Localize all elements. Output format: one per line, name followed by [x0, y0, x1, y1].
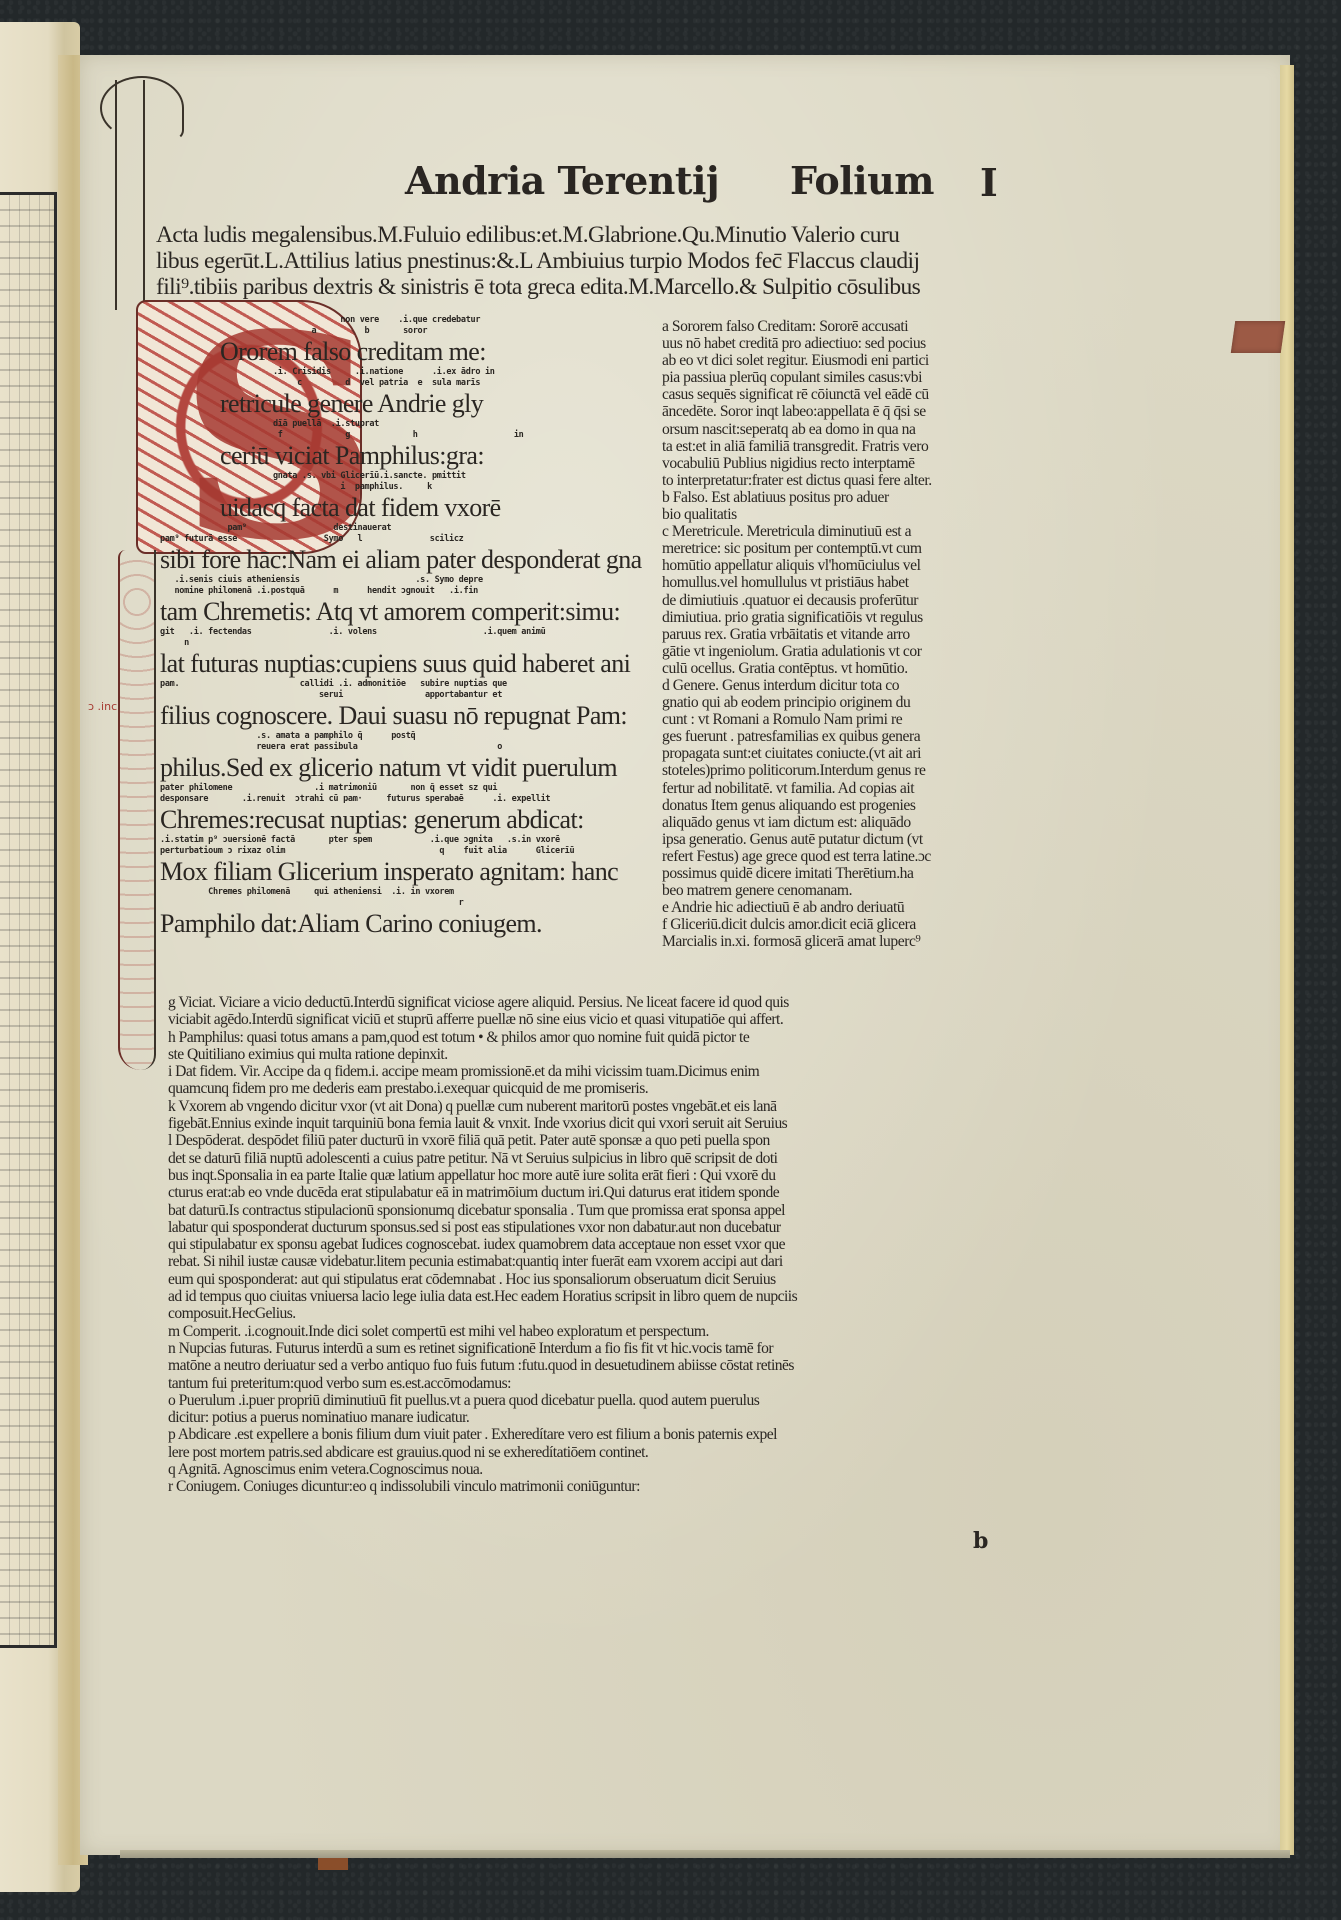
verse-block: git .i. fectendas .i. volens .i.quem ani…	[160, 627, 650, 679]
commentary-line: ta est:et in aliā familiā transgredit. F…	[662, 438, 1022, 455]
interlinear-gloss: reuera erat passibula o	[160, 742, 650, 753]
commentary-line: composuit.HecGelius.	[168, 1305, 1028, 1322]
verse-line: tam Chremetis: Atq vt amorem comperit:si…	[160, 597, 650, 627]
commentary-line: culū ocellus. Gratia contēptus. vt homūt…	[662, 660, 1022, 677]
commentary-line: lere post mortem patris.sed abdicare est…	[168, 1444, 1028, 1461]
verse-block: gnata .s. vbi Glicerīū.i.sancte. pmittit…	[220, 471, 650, 523]
verse-line: ceriū viciat Pamphilus:gra:	[220, 441, 650, 471]
verse-block: pam. callidi .i. admonitiōe subire nupti…	[160, 679, 650, 731]
commentary-line: quamcunq fidem pro me dederis eam presta…	[168, 1080, 1028, 1097]
interlinear-gloss: desponsare .i.renuit ɔtrahi cū pam· futu…	[160, 794, 650, 805]
commentary-line: l Despōderat. despōdet filiū pater ductu…	[168, 1132, 1028, 1149]
commentary-line: homūtio appellatur aliquis vl'homūciulus…	[662, 557, 1022, 574]
verse-block: .s. amata a pamphilo q̄ postq̄ reuera er…	[160, 731, 650, 783]
commentary-line: n Nupcias futuras. Futurus interdū a sum…	[168, 1340, 1028, 1357]
running-header: Andria Terentij Folium I	[405, 158, 1005, 208]
commentary-line: gnatio qui ab eodem principio originem d…	[662, 694, 1022, 711]
commentary-line: h Pamphilus: quasi totus amans a pam,quo…	[168, 1029, 1028, 1046]
commentary-line: matōne a neutro deriuatur sed a verbo an…	[168, 1357, 1028, 1374]
commentary-line: r Coniugem. Coniuges dicuntur:eo q indis…	[168, 1478, 1028, 1495]
commentary-line: bus inqt.Sponsalia in ea parte Italie qu…	[168, 1167, 1028, 1184]
commentary-line: a Sororem falso Creditam: Sororē accusat…	[662, 318, 1022, 335]
interlinear-gloss: i pamphilus. k	[220, 482, 650, 493]
commentary-line: i Dat fidem. Vir. Accipe da q fidem.i. a…	[168, 1063, 1028, 1080]
rubricated-vine-border	[118, 550, 156, 1070]
verse-block: .i. Crisidis .i.natione .i.ex ādro in c …	[220, 367, 650, 419]
intro-line: Acta ludis megalensibus.M.Fuluio edilibu…	[156, 222, 1006, 248]
commentary-line: ab eo vt dici solet regitur. Eiusmodi en…	[662, 352, 1022, 369]
interlinear-gloss: .i.senis ciuis atheniensis .s. Symo depr…	[160, 575, 650, 586]
commentary-line: vocabuliū Publius nigidius recto interpt…	[662, 455, 1022, 472]
header-title: Andria Terentij	[405, 158, 719, 203]
commentary-line: Marcialis in.xi. formosā glicerā amat lu…	[662, 933, 1022, 950]
folio-number: I	[980, 160, 997, 205]
commentary-line: e Andrie hic adiectiuū ē ab andro deriua…	[662, 899, 1022, 916]
commentary-line: labatur qui sposponderat ducturum sponsu…	[168, 1219, 1028, 1236]
verse-block: .i.statim p⁹ ɔuersionē factā pter spem .…	[160, 835, 650, 887]
commentary-line: rebat. Si nihil iustæ causæ videbatur.li…	[168, 1253, 1028, 1270]
commentary-line: bio qualitatis	[662, 506, 1022, 523]
commentary-line: ipsa generatio. Genus autē putatur dictu…	[662, 831, 1022, 848]
commentary-line: ad id tempus quo ciuitas vniuersa lacio …	[168, 1288, 1028, 1305]
commentary-line: stoteles)primo politicorum.Interdum genu…	[662, 762, 1022, 779]
commentary-line: de dimiutiuis .quatuor ei decausis profe…	[662, 592, 1022, 609]
verse-block: non vere .i.que credebatur a b soror Oro…	[220, 315, 650, 367]
intro-line: fili⁹.tibiis paribus dextris & sinistris…	[156, 274, 1006, 300]
verse-line: Pamphilo dat:Aliam Carino coniugem.	[160, 909, 650, 939]
leather-tab-marker	[1231, 321, 1285, 353]
interlinear-gloss: pam⁹ destinauerat	[160, 523, 650, 534]
commentary-line: aliquādo genus vt iam dictum est: aliquā…	[662, 814, 1022, 831]
verse-line: Mox filiam Glicerium insperato agnitam: …	[160, 857, 650, 887]
verse-block: dīā puellā .i.stuprat f g h in ceriū vic…	[220, 419, 650, 471]
intro-line: libus egerūt.L.Attilius latius pnestinus…	[156, 248, 1006, 274]
commentary-line: donatus Item genus aliquando est progeni…	[662, 797, 1022, 814]
verse-line: sibi fore hāc:Nam ei aliam pater despond…	[160, 545, 650, 575]
commentary-line: cturus erat:ab eo vnde ducēda erat stipu…	[168, 1184, 1028, 1201]
commentary-bottom-block: g Viciat. Viciare a vicio deductū.Interd…	[168, 994, 1028, 1496]
interlinear-gloss: nomine philomenā .i.postquā m hendit ɔgn…	[160, 586, 650, 597]
commentary-line: paruus rex. Gratia vrbāitatis et vitande…	[662, 626, 1022, 643]
interlinear-gloss: .i.statim p⁹ ɔuersionē factā pter spem .…	[160, 835, 650, 846]
interlinear-gloss: perturbatioum ɔ rixaz olim q fuit alia G…	[160, 846, 650, 857]
commentary-line: f Gliceriū.dicit dulcis amor.dicit eciā …	[662, 916, 1022, 933]
interlinear-gloss: r	[160, 898, 650, 909]
commentary-line: q Agnitā. Agnoscimus enim vetera.Cognosc…	[168, 1461, 1028, 1478]
commentary-right-column: a Sororem falso Creditam: Sororē accusat…	[662, 318, 1022, 950]
interlinear-gloss: c d vel patria e sula marīs	[220, 378, 650, 389]
commentary-line: o Puerulum .i.puer propriū diminutiuū fi…	[168, 1392, 1028, 1409]
interlinear-gloss: a b soror	[220, 326, 650, 337]
didascalia-intro: Acta ludis megalensibus.M.Fuluio edilibu…	[156, 222, 1006, 300]
verse-block: pater philomene .i matrimoniū non q̄ ess…	[160, 783, 650, 835]
verse-line: lat futuras nuptias:cupiens suus quid ha…	[160, 649, 650, 679]
commentary-line: beo matrem genere cenomanam.	[662, 882, 1022, 899]
commentary-line: d Genere. Genus interdum dicitur tota co	[662, 677, 1022, 694]
signature-mark: b	[973, 1528, 988, 1554]
commentary-line: eum qui sposponderat: aut qui stipulatus…	[168, 1271, 1028, 1288]
verse-line: filius cognoscere. Daui suasu nō repugna…	[160, 701, 650, 731]
commentary-line: possimus quidē dicere imitati Therētium.…	[662, 865, 1022, 882]
folium-label: Folium	[790, 158, 934, 203]
commentary-line: uus nō habet creditā pro adiectiuo: sed …	[662, 335, 1022, 352]
commentary-line: b Falso. Est ablatiuus positus pro aduer	[662, 489, 1022, 506]
commentary-line: cunt : vt Romani a Romulo Nam primi re	[662, 711, 1022, 728]
interlinear-gloss: non vere .i.que credebatur	[220, 315, 650, 326]
interlinear-gloss: pam. callidi .i. admonitiōe subire nupti…	[160, 679, 650, 690]
verse-line: philus.Sed ex glicerio natum vt vidit pu…	[160, 753, 650, 783]
commentary-line: meretrice: sic positum per contemptū.vt …	[662, 540, 1022, 557]
commentary-line: ste Quitiliano eximius qui multa ratione…	[168, 1046, 1028, 1063]
commentary-line: m Comperit. .i.cognouit.Inde dici solet …	[168, 1323, 1028, 1340]
commentary-line: gātie vt ingeniolum. Gratia adulationis …	[662, 643, 1022, 660]
interlinear-gloss: n	[160, 638, 650, 649]
commentary-line: dicitur: potius a puerus nominatiuo mana…	[168, 1409, 1028, 1426]
interlinear-gloss: .s. amata a pamphilo q̄ postq̄	[160, 731, 650, 742]
interlinear-gloss: .i. Crisidis .i.natione .i.ex ādro in	[220, 367, 650, 378]
commentary-line: g Viciat. Viciare a vicio deductū.Interd…	[168, 994, 1028, 1011]
commentary-line: k Vxorem ab vngendo dicitur vxor (vt ait…	[168, 1098, 1028, 1115]
verse-line: uidacq facta dat fidem vxorē	[220, 493, 650, 523]
page-bottom-edge	[120, 1850, 1290, 1858]
commentary-line: det se daturū filiā nuptū adolescenti a …	[168, 1150, 1028, 1167]
verse-block: pam⁹ destinauerat pam⁹ futurā esse Symo …	[160, 523, 650, 575]
commentary-line: p Abdicare .est expellere a bonis filium…	[168, 1426, 1028, 1443]
commentary-line: figebāt.Ennius exinde inquit tarquiniū b…	[168, 1115, 1028, 1132]
interlinear-gloss: serui apportabantur et	[160, 690, 650, 701]
commentary-line: to interpretatur:frater est dictus quasi…	[662, 472, 1022, 489]
commentary-line: orsum nascit:seperatq ab ea domo in qua …	[662, 421, 1022, 438]
verse-line: Chremes:recusat nuptias: generum abdicat…	[160, 805, 650, 835]
interlinear-gloss: pam⁹ futurā esse Symo l scilicz	[160, 534, 650, 545]
commentary-line: bat daturū.Is contractus stipulacionū sp…	[168, 1202, 1028, 1219]
verse-line: retricule genere Andrie gly	[220, 389, 650, 419]
commentary-line: dimiutiua. prio gratia significatiōis vt…	[662, 609, 1022, 626]
commentary-line: ges fuerunt . patresfamilias ex quibus g…	[662, 728, 1022, 745]
verse-block: Chremes philomenā qui atheniensi .i. in …	[160, 887, 650, 939]
commentary-line: viciabit agēdo.Interdū significat viciū …	[168, 1011, 1028, 1028]
interlinear-gloss: dīā puellā .i.stuprat	[220, 419, 650, 430]
commentary-line: refert Festus) age grece quod est terra …	[662, 848, 1022, 865]
commentary-line: propagata sunt:et ciuitates coniucte.(vt…	[662, 745, 1022, 762]
interlinear-gloss: pater philomene .i matrimoniū non q̄ ess…	[160, 783, 650, 794]
interlinear-gloss: f g h in	[220, 430, 650, 441]
margin-annotation: ↄ .inc	[88, 700, 117, 713]
commentary-line: homullus.vel homullulus vt pristiāus hab…	[662, 574, 1022, 591]
commentary-line: āncedēte. Soror inqt labeo:appellata ē q…	[662, 403, 1022, 420]
commentary-line: qui stipulabatur ex sponsu agebat Iudice…	[168, 1236, 1028, 1253]
woodcut-border	[0, 192, 57, 1648]
commentary-line: c Meretricule. Meretricula diminutiuū es…	[662, 523, 1022, 540]
pen-flourish-stem	[115, 80, 145, 310]
interlinear-gloss: Chremes philomenā qui atheniensi .i. in …	[160, 887, 650, 898]
verse-line: Ororem falso creditam me:	[220, 337, 650, 367]
commentary-line: tantum fui preteritum:quod verbo sum es.…	[168, 1375, 1028, 1392]
interlinear-gloss: gnata .s. vbi Glicerīū.i.sancte. pmittit	[220, 471, 650, 482]
verse-block: .i.senis ciuis atheniensis .s. Symo depr…	[160, 575, 650, 627]
commentary-line: casus sequēs significat rē cōiunctā vel …	[662, 386, 1022, 403]
main-verse-text: non vere .i.que credebatur a b soror Oro…	[160, 315, 650, 939]
interlinear-gloss: git .i. fectendas .i. volens .i.quem ani…	[160, 627, 650, 638]
commentary-line: pia passiua plerūq copulant similes casu…	[662, 369, 1022, 386]
commentary-line: fertur ad nobilitatē. vt familia. Ad cop…	[662, 780, 1022, 797]
